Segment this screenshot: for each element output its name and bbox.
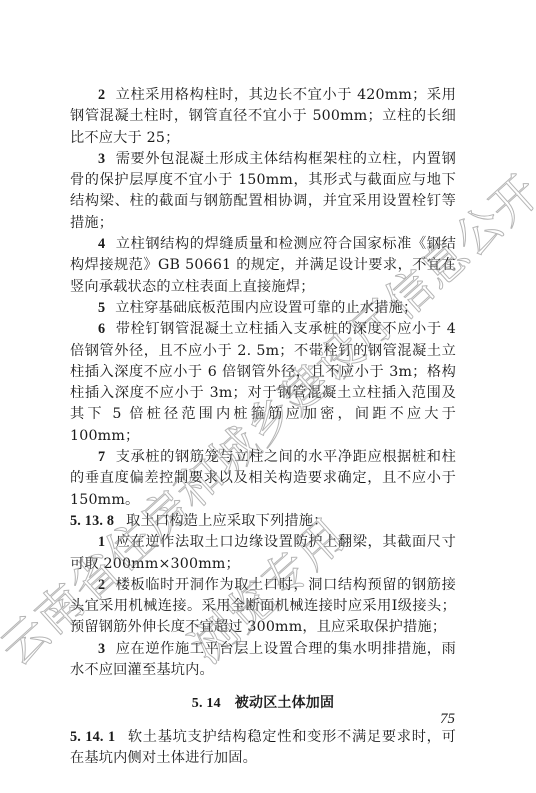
item-number: 1 [98, 534, 105, 550]
section-title: 被动区土体加固 [235, 695, 334, 711]
list-item: 5立柱穿基础底板范围内应设置可靠的止水措施； [70, 298, 456, 319]
item-text: 需要外包混凝土形成主体结构框架柱的立柱，内置钢骨的保护层厚度不宜小于 150mm… [70, 151, 456, 231]
page-number: 75 [440, 711, 455, 728]
item-number: 7 [98, 449, 105, 465]
item-number: 6 [98, 321, 105, 337]
item-number: 2 [98, 87, 105, 103]
item-number: 2 [98, 577, 105, 593]
list-item: 2楼板临时开洞作为取土口时，洞口结构预留的钢筋接头宜采用机械连接。采用全断面机械… [70, 575, 456, 639]
item-text: 楼板临时开洞作为取土口时，洞口结构预留的钢筋接头宜采用机械连接。采用全断面机械连… [70, 577, 456, 636]
clause-text: 取土口构造上应采取下列措施： [126, 513, 327, 529]
item-text: 立柱穿基础底板范围内应设置可靠的止水措施； [115, 300, 417, 316]
list-item: 7支承桩的钢筋笼与立柱之间的水平净距应根据桩和柱的垂直度偏差控制要求以及相关构造… [70, 447, 456, 511]
list-item: 1应在逆作法取土口边缘设置防护上翻梁，其截面尺寸可取 200mm×300mm； [70, 532, 456, 575]
section-number: 5. 14 [192, 696, 221, 711]
item-number: 3 [98, 641, 105, 657]
item-text: 立柱采用格构柱时，其边长不宜小于 420mm；采用钢管混凝土柱时，钢管直径不宜小… [70, 87, 456, 146]
section-heading: 5. 14被动区土体加固 [70, 693, 456, 714]
item-number: 3 [98, 151, 105, 167]
item-text: 应在逆作法取土口边缘设置防护上翻梁，其截面尺寸可取 200mm×300mm； [70, 534, 456, 571]
list-item: 3需要外包混凝土形成主体结构框架柱的立柱，内置钢骨的保护层厚度不宜小于 150m… [70, 149, 456, 234]
item-text: 应在逆作施工平台层上设置合理的集水明排措施，雨水不应回灌至基坑内。 [70, 641, 456, 678]
item-number: 4 [98, 236, 105, 252]
list-item: 6带栓钉钢管混凝土立柱插入支承桩的深度不应小于 4 倍钢管外径，且不应小于 2.… [70, 319, 456, 447]
item-text: 立柱钢结构的焊缝质量和检测应符合国家标准《钢结构焊接规范》GB 50661 的规… [70, 236, 456, 295]
clause-5-14-1: 5. 14. 1软土基坑支护结构稳定性和变形不满足要求时，可在基坑内侧对土体进行… [70, 727, 456, 770]
list-item: 2立柱采用格构柱时，其边长不宜小于 420mm；采用钢管混凝土柱时，钢管直径不宜… [70, 85, 456, 149]
item-text: 支承桩的钢筋笼与立柱之间的水平净距应根据桩和柱的垂直度偏差控制要求以及相关构造要… [70, 449, 456, 508]
clause-number: 5. 14. 1 [70, 729, 115, 745]
clause-5-13-8: 5. 13. 8取土口构造上应采取下列措施： [70, 511, 456, 532]
body-text: 2立柱采用格构柱时，其边长不宜小于 420mm；采用钢管混凝土柱时，钢管直径不宜… [70, 85, 456, 769]
list-item: 3应在逆作施工平台层上设置合理的集水明排措施，雨水不应回灌至基坑内。 [70, 639, 456, 682]
document-page: 2立柱采用格构柱时，其边长不宜小于 420mm；采用钢管混凝土柱时，钢管直径不宜… [0, 0, 536, 793]
item-number: 5 [98, 300, 105, 316]
clause-text: 软土基坑支护结构稳定性和变形不满足要求时，可在基坑内侧对土体进行加固。 [70, 729, 456, 766]
list-item: 4立柱钢结构的焊缝质量和检测应符合国家标准《钢结构焊接规范》GB 50661 的… [70, 234, 456, 298]
clause-number: 5. 13. 8 [70, 513, 114, 529]
item-text: 带栓钉钢管混凝土立柱插入支承桩的深度不应小于 4 倍钢管外径，且不应小于 2. … [70, 321, 456, 443]
